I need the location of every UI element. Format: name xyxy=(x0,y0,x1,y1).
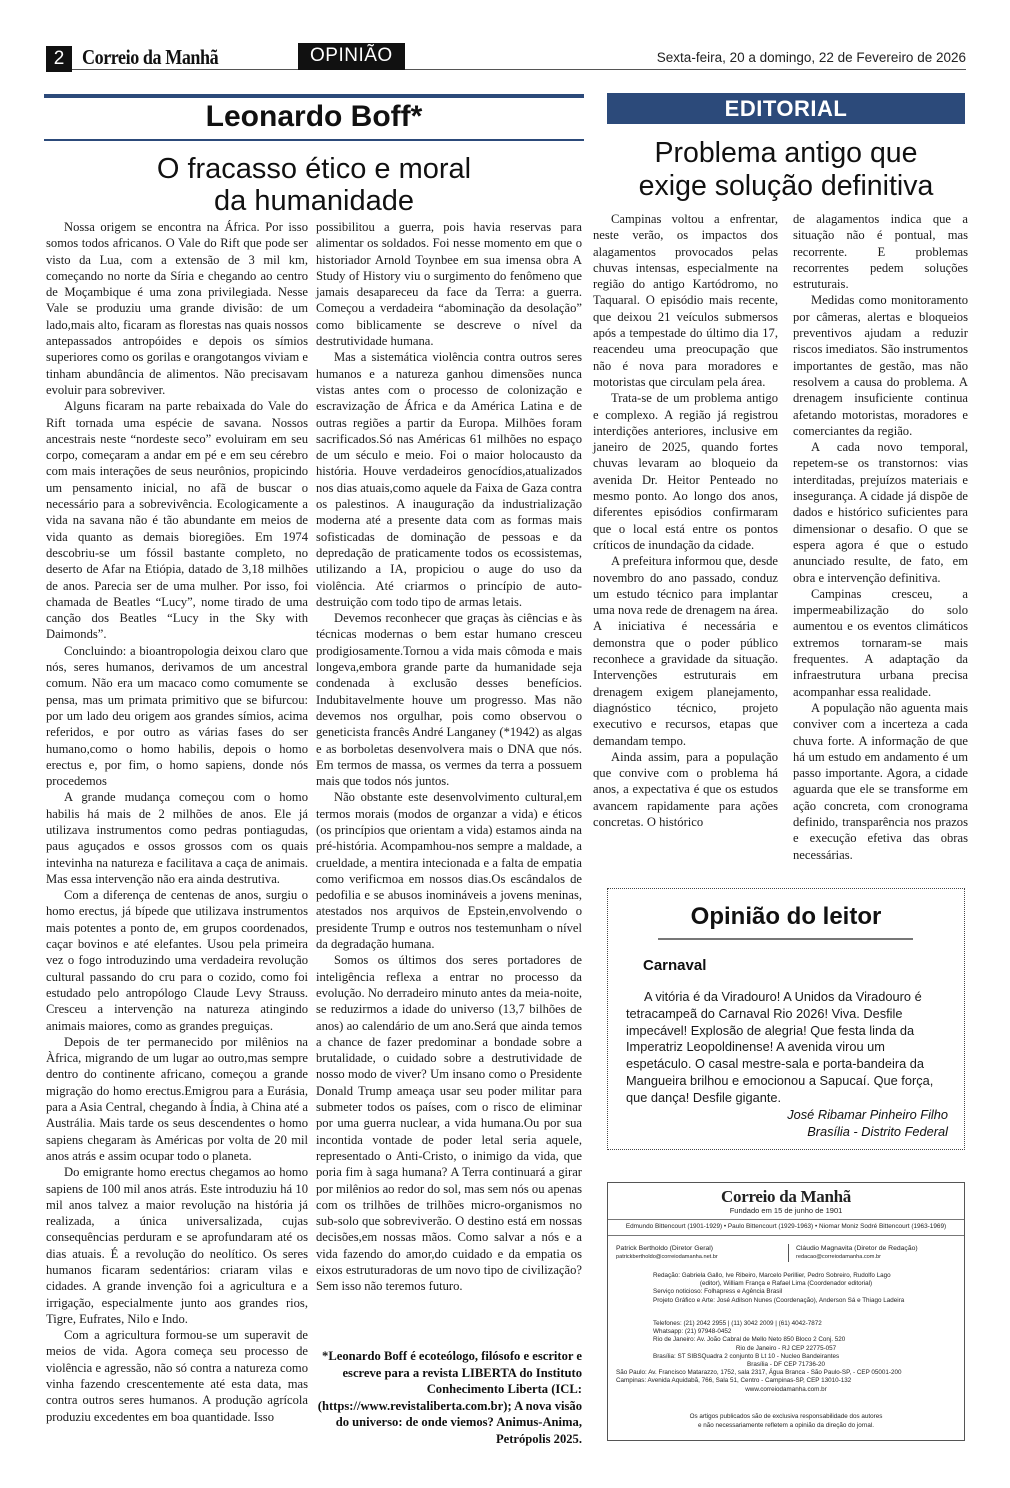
address-sao-paulo: São Paulo: Av. Francisco Matarazzo, 1752… xyxy=(608,1369,964,1377)
address-brasilia-cep: Brasília - DF CEP 71736-20 xyxy=(608,1361,964,1369)
section-tag: OPINIÃO xyxy=(298,43,405,70)
paragraph: Campinas voltou a enfrentar, neste verão… xyxy=(593,211,778,390)
paragraph: Com a agricultura formou-se um superavit… xyxy=(46,1327,308,1425)
paragraph: de alagamentos indica que a situação não… xyxy=(793,211,968,292)
paragraph: Nossa origem se encontra na África. Por … xyxy=(46,219,308,398)
reader-opinion-box: Opinião do leitor Carnaval A vitória é d… xyxy=(607,888,965,1150)
paragraph: A prefeitura informou que, desde novembr… xyxy=(593,553,778,749)
article-headline: O fracasso ético e moral da humanidade xyxy=(44,153,584,217)
website-link[interactable]: www.correiodamanha.com.br xyxy=(608,1386,964,1394)
letter-topic: Carnaval xyxy=(643,957,706,974)
editor-director-email[interactable]: redacao@correiodamanha.com.br xyxy=(796,1253,918,1262)
heading-underline xyxy=(658,938,913,940)
disclaimer-line: Os artigos publicados são de exclusiva r… xyxy=(608,1413,964,1422)
masthead-box: Correio da Manhã Fundado em 15 de junho … xyxy=(607,1182,965,1441)
address-rio-cep: Rio de Janeiro - RJ CEP 22775-057 xyxy=(608,1345,964,1353)
headline-line-1: Problema antigo que xyxy=(600,137,972,170)
divider xyxy=(608,1235,964,1236)
headline-line-2: da humanidade xyxy=(44,185,584,217)
editor-director: Cláudio Magnavita (Diretor de Redação) r… xyxy=(796,1244,918,1262)
paragraph: A grande mudança começou com o homo habi… xyxy=(46,789,308,887)
paragraph: Do emigrante homo erectus chegamos ao ho… xyxy=(46,1164,308,1327)
paragraph: possibilitou a guerra, pois havia reserv… xyxy=(316,219,582,349)
director-general-email[interactable]: patrickbertholdo@correiodamanha.net.br xyxy=(616,1253,718,1262)
staff-line: (editor), William França e Rafael Lima (… xyxy=(608,1280,964,1288)
letter-signature: José Ribamar Pinheiro Filho Brasília - D… xyxy=(787,1106,948,1140)
headline-line-2: exige solução definitiva xyxy=(600,170,972,203)
masthead-name: Correio da Manhã xyxy=(608,1187,964,1207)
editor-director-name: Cláudio Magnavita (Diretor de Redação) xyxy=(796,1244,918,1253)
disclaimer: Os artigos publicados são de exclusiva r… xyxy=(608,1413,964,1430)
letter-location: Brasília - Distrito Federal xyxy=(787,1123,948,1140)
director-general: Patrick Bertholdo (Diretor Geral) patric… xyxy=(616,1244,718,1262)
masthead-founders: Edmundo Bittencourt (1901-1929) • Paulo … xyxy=(608,1223,964,1230)
masthead-founded: Fundado em 15 de junho de 1901 xyxy=(608,1206,964,1215)
author-rule-top xyxy=(44,94,584,98)
divider xyxy=(608,1219,964,1220)
director-general-name: Patrick Bertholdo (Diretor Geral) xyxy=(616,1244,718,1253)
newspaper-name: Correio da Manhã xyxy=(82,45,218,70)
paragraph: A população não aguenta mais conviver co… xyxy=(793,700,968,863)
page-number: 2 xyxy=(46,46,72,72)
author-bio: *Leonardo Boff é ecoteólogo, filósofo e … xyxy=(316,1348,582,1447)
paragraph: Somos os últimos dos seres portadores de… xyxy=(316,952,582,1294)
staff-credits: Redação: Gabriela Gallo, Ive Ribeiro, Ma… xyxy=(608,1272,964,1305)
article-column-1: Nossa origem se encontra na África. Por … xyxy=(46,219,308,1425)
contact-info: Telefones: (21) 2042 2955 | (11) 3042 20… xyxy=(608,1320,964,1394)
divider xyxy=(788,1244,789,1262)
news-service: Serviço noticioso: Folhapress e Agência … xyxy=(608,1288,964,1296)
paragraph: Trata-se de um problema antigo e complex… xyxy=(593,390,778,553)
issue-date: Sexta-feira, 20 a domingo, 22 de Feverei… xyxy=(657,50,966,65)
article-column-2: possibilitou a guerra, pois havia reserv… xyxy=(316,219,582,1295)
page-header: 2 Correio da Manhã OPINIÃO Sexta-feira, … xyxy=(46,46,966,70)
graphic-design: Projeto Gráfico e Arte: José Adilson Nun… xyxy=(608,1297,964,1305)
paragraph: A cada novo temporal, repetem-se os tran… xyxy=(793,439,968,586)
address-brasilia: Brasília: ST SIBSQuadra 2 conjunto B Lt … xyxy=(608,1353,964,1361)
whatsapp: Whatsapp: (21) 97948-0452 xyxy=(608,1328,964,1336)
paragraph: Mas a sistemática violência contra outro… xyxy=(316,349,582,610)
editorial-label: EDITORIAL xyxy=(607,93,965,124)
headline-line-1: O fracasso ético e moral xyxy=(44,153,584,185)
paragraph: Alguns ficaram na parte rebaixada do Val… xyxy=(46,398,308,642)
paragraph: Devemos reconhecer que graças às ciência… xyxy=(316,610,582,789)
article-author: Leonardo Boff* xyxy=(44,100,584,134)
disclaimer-line: e não necessariamente refletem a opinião… xyxy=(608,1422,964,1431)
letter-body: A vitória é da Viradouro! A Unidos da Vi… xyxy=(626,989,951,1107)
editorial-column-2: de alagamentos indica que a situação não… xyxy=(793,211,968,863)
staff-line: Redação: Gabriela Gallo, Ive Ribeiro, Ma… xyxy=(608,1272,964,1280)
paragraph: Medidas como monitoramento por câmeras, … xyxy=(793,292,968,439)
paragraph: Ainda assim, para a população que conviv… xyxy=(593,749,778,830)
editorial-column-1: Campinas voltou a enfrentar, neste verão… xyxy=(593,211,778,830)
address-campinas: Campinas: Avenida Aquidabã, 766, Sala 51… xyxy=(608,1377,964,1385)
paragraph: Concluindo: a bioantropologia deixou cla… xyxy=(46,643,308,790)
paragraph: Não obstante este desenvolvimento cultur… xyxy=(316,789,582,952)
paragraph: Campinas cresceu, a impermeabilização do… xyxy=(793,586,968,700)
letter-author: José Ribamar Pinheiro Filho xyxy=(787,1106,948,1123)
paragraph: Com a diferença de centenas de anos, sur… xyxy=(46,887,308,1034)
reader-opinion-heading: Opinião do leitor xyxy=(608,903,964,931)
phones: Telefones: (21) 2042 2955 | (11) 3042 20… xyxy=(608,1320,964,1328)
editorial-headline: Problema antigo que exige solução defini… xyxy=(600,137,972,203)
author-rule-bottom xyxy=(44,139,584,141)
address-rio: Rio de Janeiro: Av. João Cabral de Mello… xyxy=(608,1336,964,1344)
paragraph: Depois de ter permanecido por milênios n… xyxy=(46,1034,308,1164)
